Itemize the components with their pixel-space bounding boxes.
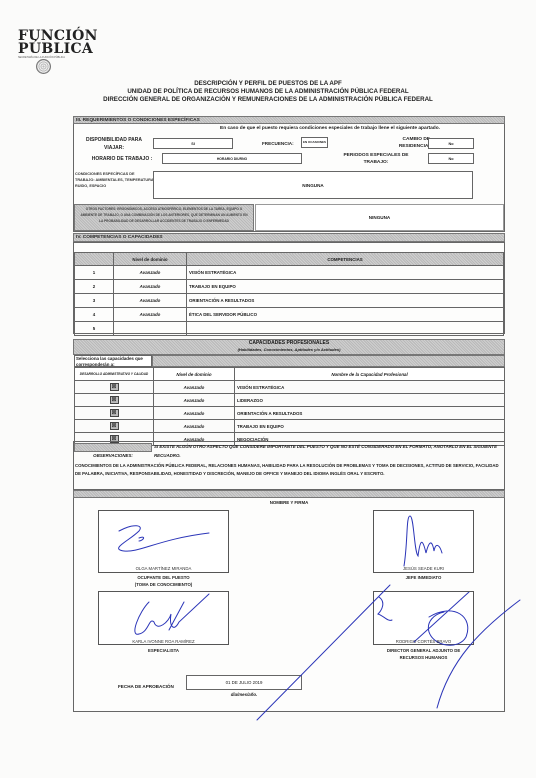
ink-strokes-icon — [0, 0, 536, 778]
document-page: FUNCIÓN PÚBLICA SECRETARÍA DE LA FUNCIÓN… — [0, 0, 536, 778]
